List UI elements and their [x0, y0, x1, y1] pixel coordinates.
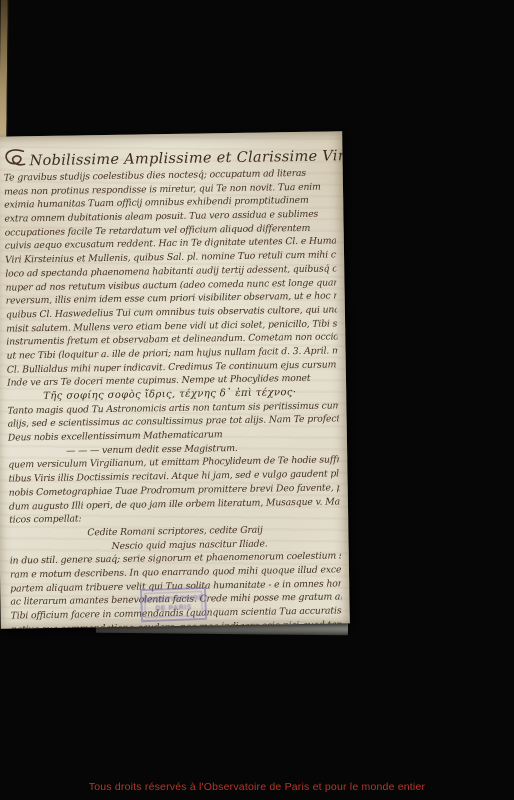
manuscript-page: Nobilissime Amplissime et Clarissime Vir…	[0, 131, 350, 628]
paraph-flourish-icon	[3, 147, 27, 169]
stamp-text-line2: DE PARIS	[155, 604, 192, 614]
library-stamp: OBSERVATOIRE DE PARIS	[140, 587, 207, 622]
previous-leaf-edge	[0, 0, 9, 142]
folio-number-wrap: 972.	[348, 145, 350, 165]
copyright-caption: Tous droits réservés à l'Observatoire de…	[0, 781, 514, 793]
folio-number: 972.	[348, 148, 350, 165]
manuscript-body: Te gravibus studijs coelestibus dies noc…	[4, 166, 342, 628]
pen-stroke-mark	[346, 134, 350, 143]
library-stamp-inner: OBSERVATOIRE DE PARIS	[144, 591, 203, 618]
manuscript-heading-row: Nobilissime Amplissime et Clarissime Vir…	[3, 140, 334, 169]
archive-scan-viewer: { "page": { "heading": "Nobilissime Ampl…	[0, 0, 514, 800]
